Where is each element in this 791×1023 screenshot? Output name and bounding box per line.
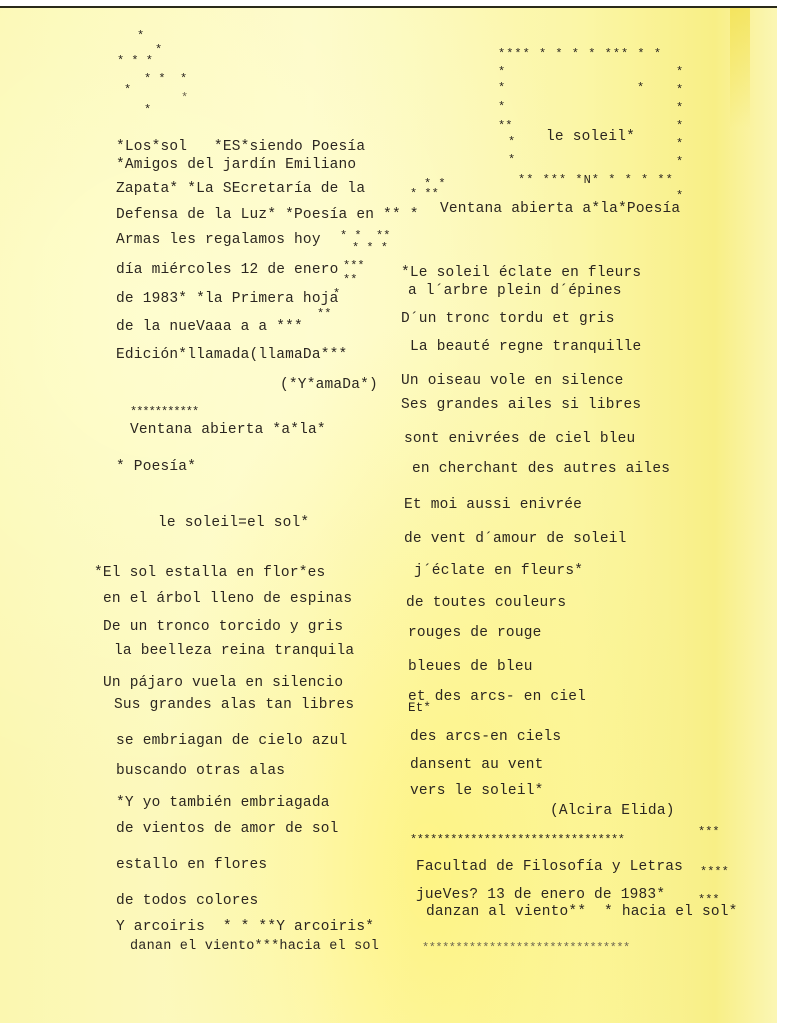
poem-line: sont enivrées de ciel bleu xyxy=(404,432,635,447)
poem-line: la beelleza reina tranquila xyxy=(114,644,354,659)
banner-line: * Poesía* xyxy=(116,460,196,475)
poem-line: *El sol estalla en flor*es xyxy=(94,566,325,581)
intro-line: Defensa de la Luz* *Poesía en ** * xyxy=(116,208,419,223)
header-ventana-abierta: Ventana abierta a*la*Poesía xyxy=(440,202,680,217)
author-signature: (Alcira Elida) xyxy=(550,804,675,819)
footer-closing: danzan al viento** * hacia el sol* xyxy=(426,905,738,920)
star: ** xyxy=(343,274,357,286)
poem-line: danan el viento***hacia el sol xyxy=(130,940,379,954)
star: * xyxy=(508,136,515,148)
poem-line: Et* xyxy=(408,702,431,715)
star: * xyxy=(676,66,683,78)
star: * xyxy=(676,138,683,150)
typewritten-page: * * * * * * * * * * * **** * * * * *** *… xyxy=(0,6,777,1023)
poem-line: bleues de bleu xyxy=(408,660,533,675)
star-box-bottom-row: ** *** *N* * * * ** xyxy=(518,174,674,186)
intro-line: Zapata* *La SEcretaría de la xyxy=(116,182,365,197)
paper-stain xyxy=(730,8,750,128)
star: * xyxy=(144,104,151,116)
star: ** xyxy=(498,120,512,132)
intro-line: día miércoles 12 de enero xyxy=(116,263,339,278)
poem-line: D´un tronc tordu et gris xyxy=(401,312,615,327)
poem-line: j´éclate en fleurs* xyxy=(414,564,583,579)
poem-line: La beauté regne tranquille xyxy=(410,340,641,355)
poem-line: et des arcs- en ciel xyxy=(408,690,586,705)
poem-line: *Y yo también embriagada xyxy=(116,796,330,811)
poem-line: Sus grandes alas tan libres xyxy=(114,698,354,713)
footer-date: jueVes? 13 de enero de 1983* xyxy=(416,888,665,903)
star-box-top-row: **** * * * * *** * * xyxy=(498,48,662,60)
poem-line: dansent au vent xyxy=(410,758,544,773)
poem-line: De un tronco torcido y gris xyxy=(103,620,343,635)
star: * xyxy=(181,92,188,104)
intro-line: de 1983* *la Primera hoja xyxy=(116,292,339,307)
poem-line: de vientos de amor de sol xyxy=(116,822,339,837)
poem-line: Un oiseau vole en silence xyxy=(401,374,624,389)
footer-institution-stars: **** xyxy=(700,866,729,878)
star: ** xyxy=(317,308,331,320)
star: * * * xyxy=(117,55,153,67)
intro-line: *Los*sol *ES*siendo Poesía xyxy=(116,140,365,155)
intro-line: (*Y*amaDa*) xyxy=(280,378,378,393)
poem-line: de todos colores xyxy=(116,894,258,909)
star: * xyxy=(676,84,683,96)
star: * xyxy=(676,156,683,168)
poem-line: Et moi aussi enivrée xyxy=(404,498,582,513)
star: * xyxy=(637,82,644,94)
star-cluster: * ** xyxy=(410,188,439,200)
intro-line: Armas les regalamos hoy xyxy=(116,233,321,248)
intro-line: Edición*llamada(llamaDa*** xyxy=(116,348,347,363)
poem-line: Un pájaro vuela en silencio xyxy=(103,676,343,691)
star: * xyxy=(155,44,162,56)
poem-line: estallo en flores xyxy=(116,858,267,873)
banner-line: Ventana abierta *a*la* xyxy=(130,423,326,438)
poem-line: Y arcoiris * * **Y arcoiris* xyxy=(116,920,374,935)
footer-divider-tail: *** xyxy=(698,826,720,838)
star: * xyxy=(498,82,505,94)
star: * xyxy=(333,288,340,300)
star: * * * xyxy=(352,242,388,254)
poem-line: se embriagan de cielo azul xyxy=(116,734,347,749)
poem-line: en el árbol lleno de espinas xyxy=(103,592,352,607)
footer-divider: ******************************** xyxy=(410,834,624,846)
footer-institution: Facultad de Filosofía y Letras xyxy=(416,860,683,875)
poem-line: buscando otras alas xyxy=(116,764,285,779)
star: * xyxy=(124,84,131,96)
star: * xyxy=(508,154,515,166)
star: *** xyxy=(343,260,365,272)
poem-line: de vent d´amour de soleil xyxy=(404,532,627,547)
intro-line: *Amigos del jardín Emiliano xyxy=(116,158,356,173)
star: * xyxy=(498,101,505,113)
poem-line: Ses grandes ailes si libres xyxy=(401,398,641,413)
poem-line: en cherchant des autres ailes xyxy=(412,462,670,477)
poem-line: rouges de rouge xyxy=(408,626,542,641)
spanish-poem-title: le soleil=el sol* xyxy=(158,516,309,531)
poem-line: des arcs-en ciels xyxy=(410,730,561,745)
poem-line: *Le soleil éclate en fleurs xyxy=(401,266,641,281)
poem-line: vers le soleil* xyxy=(410,784,544,799)
star: * xyxy=(137,30,144,42)
star: * xyxy=(676,102,683,114)
poem-line: de toutes couleurs xyxy=(406,596,566,611)
poem-line: a l´arbre plein d´épines xyxy=(408,284,622,299)
intro-line: de la nueVaaa a a *** xyxy=(116,320,303,335)
star-box-title: le soleil* xyxy=(546,130,635,145)
footer-bottom-stars: ******************************* xyxy=(422,942,630,954)
star: * xyxy=(498,66,505,78)
star: * xyxy=(676,120,683,132)
star: * * * xyxy=(144,73,187,85)
banner-stars: *********** xyxy=(130,406,198,418)
